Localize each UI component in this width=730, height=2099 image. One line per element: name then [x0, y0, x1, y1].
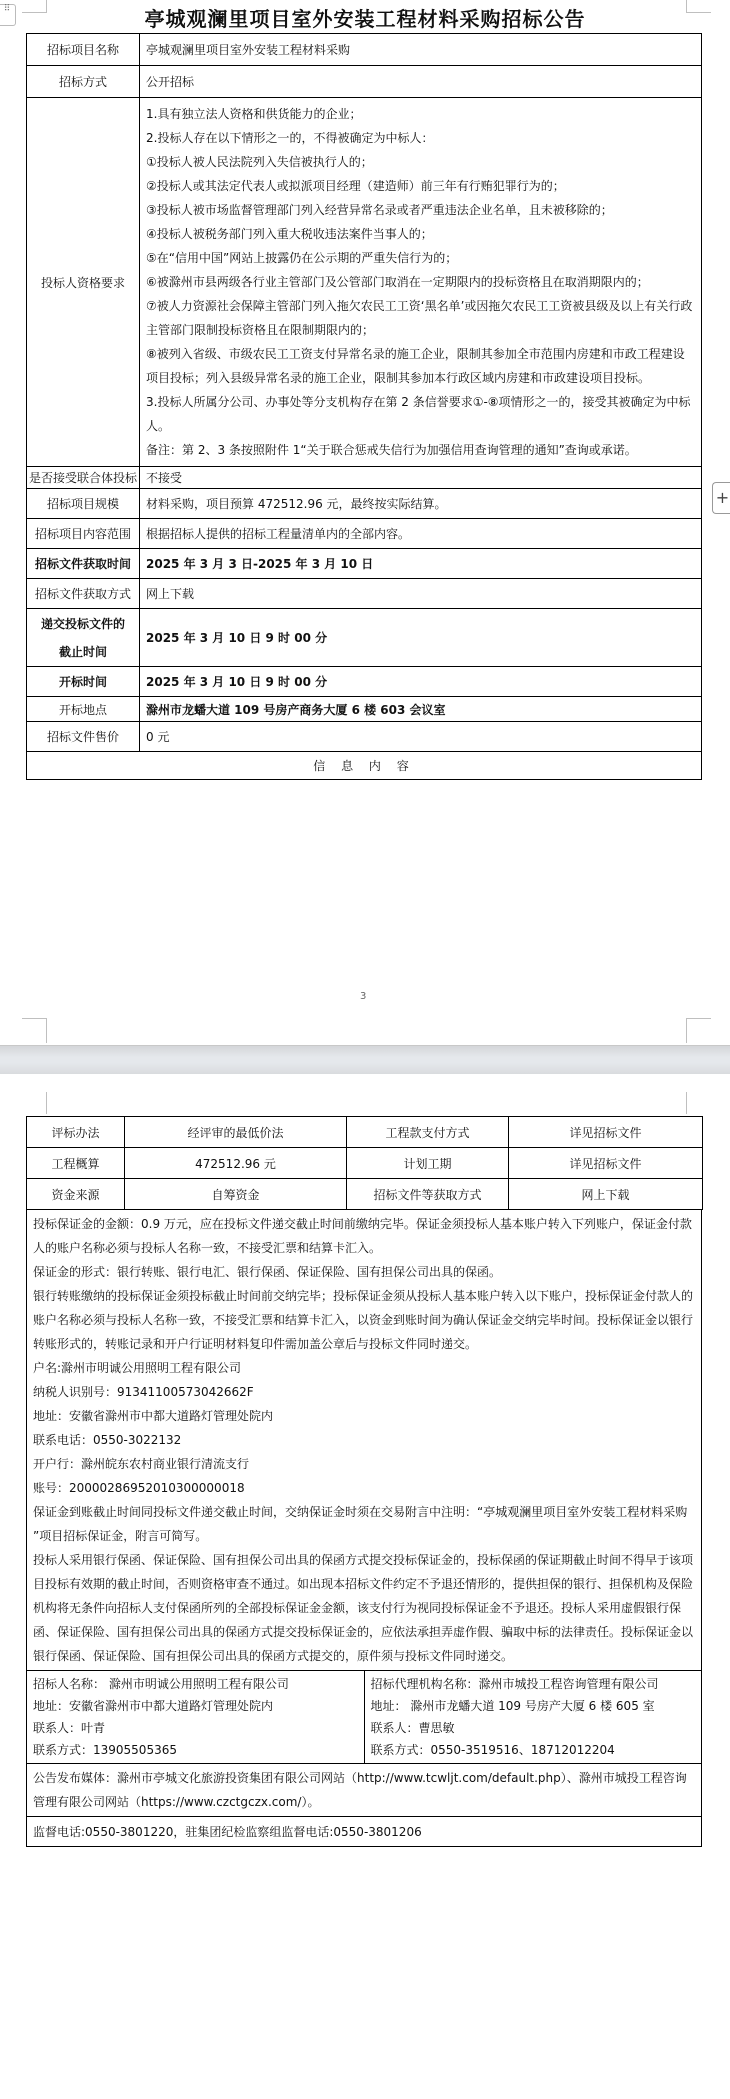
qualification-line: ③投标人被市场监督管理部门列入经营异常名录或者严重违法企业名单，且未被移除的； — [146, 198, 695, 222]
table-row: 招标文件获取时间 2025 年 3 月 3 日-2025 年 3 月 10 日 — [27, 549, 702, 579]
qualification-line: 1.具有独立法人资格和供货能力的企业； — [146, 102, 695, 126]
table-row: 招标项目内容范围 根据招标人提供的招标工程量清单内的全部内容。 — [27, 519, 702, 549]
table-cell: 工程款支付方式 — [347, 1117, 509, 1148]
contact-line: 联系人：曹思敏 — [371, 1717, 696, 1739]
paragraph: 保证金的形式：银行转账、银行电汇、银行保函、保证保险、国有担保公司出具的保函。 — [33, 1260, 695, 1284]
table-cell: 详见招标文件 — [509, 1117, 703, 1148]
table-cell: 计划工期 — [347, 1148, 509, 1179]
page-corner-mark — [22, 1018, 47, 1043]
row-label: 开标地点 — [27, 697, 140, 722]
paragraph: 地址：安徽省滁州市中都大道路灯管理处院内 — [33, 1404, 695, 1428]
qualification-line: ⑤在“信用中国”网站上披露仍在公示期的严重失信行为的； — [146, 246, 695, 270]
row-value: 公开招标 — [140, 66, 702, 98]
row-label: 招标方式 — [27, 66, 140, 98]
table-cell: 工程概算 — [27, 1148, 125, 1179]
row-label: 递交投标文件的截止时间 — [27, 609, 140, 667]
table-row: 开标时间 2025 年 3 月 10 日 9 时 00 分 — [27, 667, 702, 697]
table-cell: 详见招标文件 — [509, 1148, 703, 1179]
table-row: 开标地点 滁州市龙蟠大道 109 号房产商务大厦 6 楼 603 会议室 — [27, 697, 702, 722]
section-header: 信 息 内 容 — [27, 752, 702, 780]
contact-line: 联系方式：13905505365 — [33, 1739, 358, 1761]
row-value: 2025 年 3 月 10 日 9 时 00 分 — [140, 609, 702, 667]
paragraph: 户名:滁州市明诚公用照明工程有限公司 — [33, 1356, 695, 1380]
paragraph: 保证金到账截止时间同投标文件递交截止时间，交纳保证金时须在交易附言中注明：“亭城… — [33, 1500, 695, 1548]
paragraph: 投标保证金的金额：0.9 万元，应在投标文件递交截止时间前缴纳完毕。保证金须投标… — [33, 1212, 695, 1260]
publication-media: 公告发布媒体：滁州市亭城文化旅游投资集团有限公司网站（http://www.tc… — [27, 1764, 702, 1817]
deposit-text: 投标保证金的金额：0.9 万元，应在投标文件递交截止时间前缴纳完毕。保证金须投标… — [27, 1210, 702, 1671]
contact-line: 联系方式：0550-3519516、18712012204 — [371, 1739, 696, 1761]
qualification-line: ②投标人或其法定代表人或拟派项目经理（建造师）前三年有行贿犯罪行为的； — [146, 174, 695, 198]
contact-line: 招标人名称： 滁州市明诚公用照明工程有限公司 — [33, 1673, 358, 1695]
table-cell: 招标文件等获取方式 — [347, 1179, 509, 1210]
row-value: 2025 年 3 月 3 日-2025 年 3 月 10 日 — [140, 549, 702, 579]
supervision-phone: 监督电话:0550-3801220，驻集团纪检监察组监督电话:0550-3801… — [27, 1817, 702, 1847]
qualification-line: 3.投标人所属分公司、办事处等分支机构存在第 2 条信誉要求①-⑧项情形之一的，… — [146, 390, 695, 438]
row-value: 2025 年 3 月 10 日 9 时 00 分 — [140, 667, 702, 697]
paragraph: 银行转账缴纳的投标保证金须投标截止时间前交纳完毕；投标保证金须从投标人基本账户转… — [33, 1284, 695, 1356]
contact-line: 招标代理机构名称：滁州市城投工程咨询管理有限公司 — [371, 1673, 696, 1695]
row-value: 滁州市龙蟠大道 109 号房产商务大厦 6 楼 603 会议室 — [140, 697, 702, 722]
table-row: 资金来源 自筹资金 招标文件等获取方式 网上下载 — [27, 1179, 703, 1210]
table-row: 递交投标文件的截止时间 2025 年 3 月 10 日 9 时 00 分 — [27, 609, 702, 667]
contact-line: 地址： 滁州市龙蟠大道 109 号房产大厦 6 楼 605 室 — [371, 1695, 696, 1717]
table-cell: 自筹资金 — [125, 1179, 347, 1210]
tender-info-table: 招标项目名称 亭城观澜里项目室外安装工程材料采购 招标方式 公开招标 投标人资格… — [26, 33, 702, 780]
row-label: 招标项目规模 — [27, 489, 140, 519]
table-row: 评标办法 经评审的最低价法 工程款支付方式 详见招标文件 — [27, 1117, 703, 1148]
paragraph: 开户行：滁州皖东农村商业银行清流支行 — [33, 1452, 695, 1476]
contacts-row: 招标人名称： 滁州市明诚公用照明工程有限公司 地址：安徽省滁州市中都大道路灯管理… — [27, 1671, 702, 1764]
qualification-row: 投标人资格要求 1.具有独立法人资格和供货能力的企业； 2.投标人存在以下情形之… — [27, 98, 702, 467]
row-value: 不接受 — [140, 467, 702, 489]
row-value: 根据招标人提供的招标工程量清单内的全部内容。 — [140, 519, 702, 549]
table-row: 工程概算 472512.96 元 计划工期 详见招标文件 — [27, 1148, 703, 1179]
page-number: 3 — [360, 991, 366, 1002]
contact-line: 地址：安徽省滁州市中都大道路灯管理处院内 — [33, 1695, 358, 1717]
table-row: 是否接受联合体投标 不接受 — [27, 467, 702, 489]
page-corner-mark — [686, 1092, 711, 1114]
row-label: 招标文件获取方式 — [27, 579, 140, 609]
row-label: 招标项目名称 — [27, 34, 140, 66]
evaluation-table: 评标办法 经评审的最低价法 工程款支付方式 详见招标文件 工程概算 472512… — [26, 1116, 703, 1210]
qualification-line: ⑥被滁州市县两级各行业主管部门及公管部门取消在一定期限内的投标资格且在取消期限内… — [146, 270, 695, 294]
table-cell: 472512.96 元 — [125, 1148, 347, 1179]
row-label: 招标项目内容范围 — [27, 519, 140, 549]
contact-line: 联系人：叶青 — [33, 1717, 358, 1739]
row-label: 投标人资格要求 — [27, 98, 140, 467]
deposit-row: 投标保证金的金额：0.9 万元，应在投标文件递交截止时间前缴纳完毕。保证金须投标… — [27, 1210, 702, 1671]
qualification-line: 备注：第 2、3 条按照附件 1“关于联合惩戒失信行为加强信用查询管理的通知”查… — [146, 438, 695, 462]
table-cell: 评标办法 — [27, 1117, 125, 1148]
deposit-table: 投标保证金的金额：0.9 万元，应在投标文件递交截止时间前缴纳完毕。保证金须投标… — [26, 1209, 702, 1847]
document-page-2: 评标办法 经评审的最低价法 工程款支付方式 详见招标文件 工程概算 472512… — [0, 1074, 730, 2099]
tenderer-contact: 招标人名称： 滁州市明诚公用照明工程有限公司 地址：安徽省滁州市中都大道路灯管理… — [27, 1671, 365, 1764]
page-corner-mark — [22, 1092, 47, 1114]
document-page-1: ⠿ 亭城观澜里项目室外安装工程材料采购招标公告 招标项目名称 亭城观澜里项目室外… — [0, 0, 730, 1045]
paragraph: 账号：20000286952010300000018 — [33, 1476, 695, 1500]
row-value: 亭城观澜里项目室外安装工程材料采购 — [140, 34, 702, 66]
qualification-line: ⑧被列入省级、市级农民工工资支付异常名录的施工企业，限制其参加全市范围内房建和市… — [146, 342, 695, 390]
table-row: 招标项目名称 亭城观澜里项目室外安装工程材料采购 — [27, 34, 702, 66]
table-cell: 网上下载 — [509, 1179, 703, 1210]
page-separator — [0, 1045, 730, 1075]
table-row: 招标方式 公开招标 — [27, 66, 702, 98]
qualification-line: 2.投标人存在以下情形之一的，不得被确定为中标人： — [146, 126, 695, 150]
page-corner-mark — [686, 1018, 711, 1043]
agency-contact: 招标代理机构名称：滁州市城投工程咨询管理有限公司 地址： 滁州市龙蟠大道 109… — [364, 1671, 702, 1764]
table-row: 招标项目规模 材料采购，项目预算 472512.96 元，最终按实际结算。 — [27, 489, 702, 519]
table-row: 招标文件获取方式 网上下载 — [27, 579, 702, 609]
row-label: 是否接受联合体投标 — [27, 467, 140, 489]
qualification-text: 1.具有独立法人资格和供货能力的企业； 2.投标人存在以下情形之一的，不得被确定… — [140, 98, 702, 467]
paragraph: 投标人采用银行保函、保证保险、国有担保公司出具的保函方式提交投标保证金的，投标保… — [33, 1548, 695, 1668]
section-header-row: 信 息 内 容 — [27, 752, 702, 780]
row-value: 材料采购，项目预算 472512.96 元，最终按实际结算。 — [140, 489, 702, 519]
row-label: 开标时间 — [27, 667, 140, 697]
table-cell: 经评审的最低价法 — [125, 1117, 347, 1148]
paragraph: 联系电话：0550-3022132 — [33, 1428, 695, 1452]
paragraph: 纳税人识别号：91341100573042662F — [33, 1380, 695, 1404]
table-cell: 资金来源 — [27, 1179, 125, 1210]
qualification-line: ④投标人被税务部门列入重大税收违法案件当事人的； — [146, 222, 695, 246]
document-title: 亭城观澜里项目室外安装工程材料采购招标公告 — [0, 3, 730, 32]
row-value: 网上下载 — [140, 579, 702, 609]
add-row-button[interactable]: + — [712, 482, 730, 514]
media-row: 公告发布媒体：滁州市亭城文化旅游投资集团有限公司网站（http://www.tc… — [27, 1764, 702, 1817]
supervision-row: 监督电话:0550-3801220，驻集团纪检监察组监督电话:0550-3801… — [27, 1817, 702, 1847]
row-label: 招标文件获取时间 — [27, 549, 140, 579]
row-value: 0 元 — [140, 722, 702, 752]
row-label: 招标文件售价 — [27, 722, 140, 752]
table-row: 招标文件售价 0 元 — [27, 722, 702, 752]
qualification-line: ⑦被人力资源社会保障主管部门列入拖欠农民工工资‘黑名单’或因拖欠农民工工资被县级… — [146, 294, 695, 342]
qualification-line: ①投标人被人民法院列入失信被执行人的； — [146, 150, 695, 174]
